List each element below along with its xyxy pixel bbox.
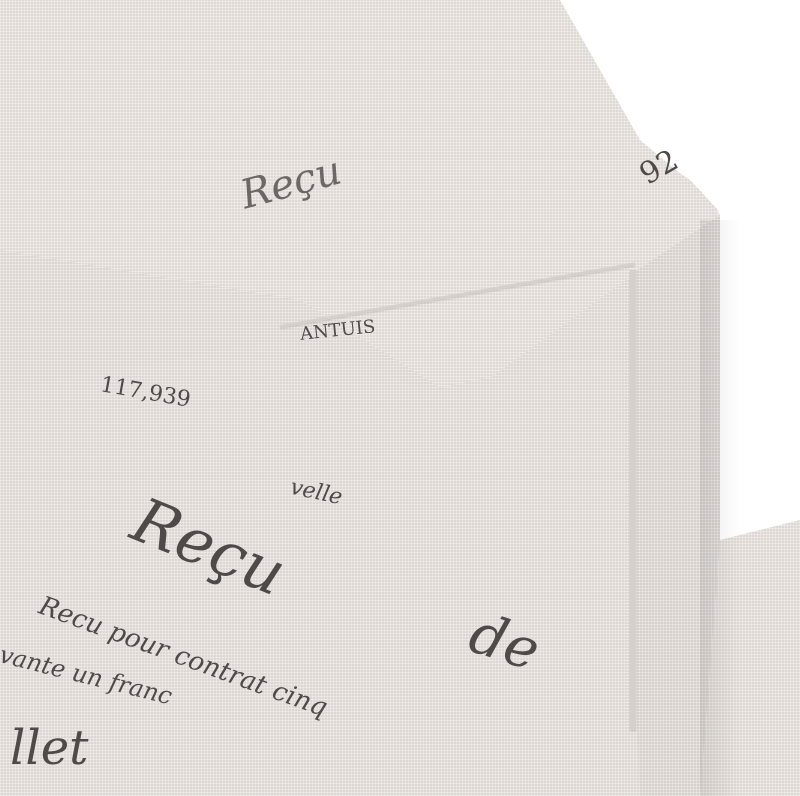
fabric-script-line3: llet: [10, 720, 88, 776]
seam-line: [630, 270, 636, 730]
edge-shadow: [700, 220, 740, 796]
chair-photo: Reçu de Recu pour contrat cinq vante un …: [0, 0, 800, 796]
